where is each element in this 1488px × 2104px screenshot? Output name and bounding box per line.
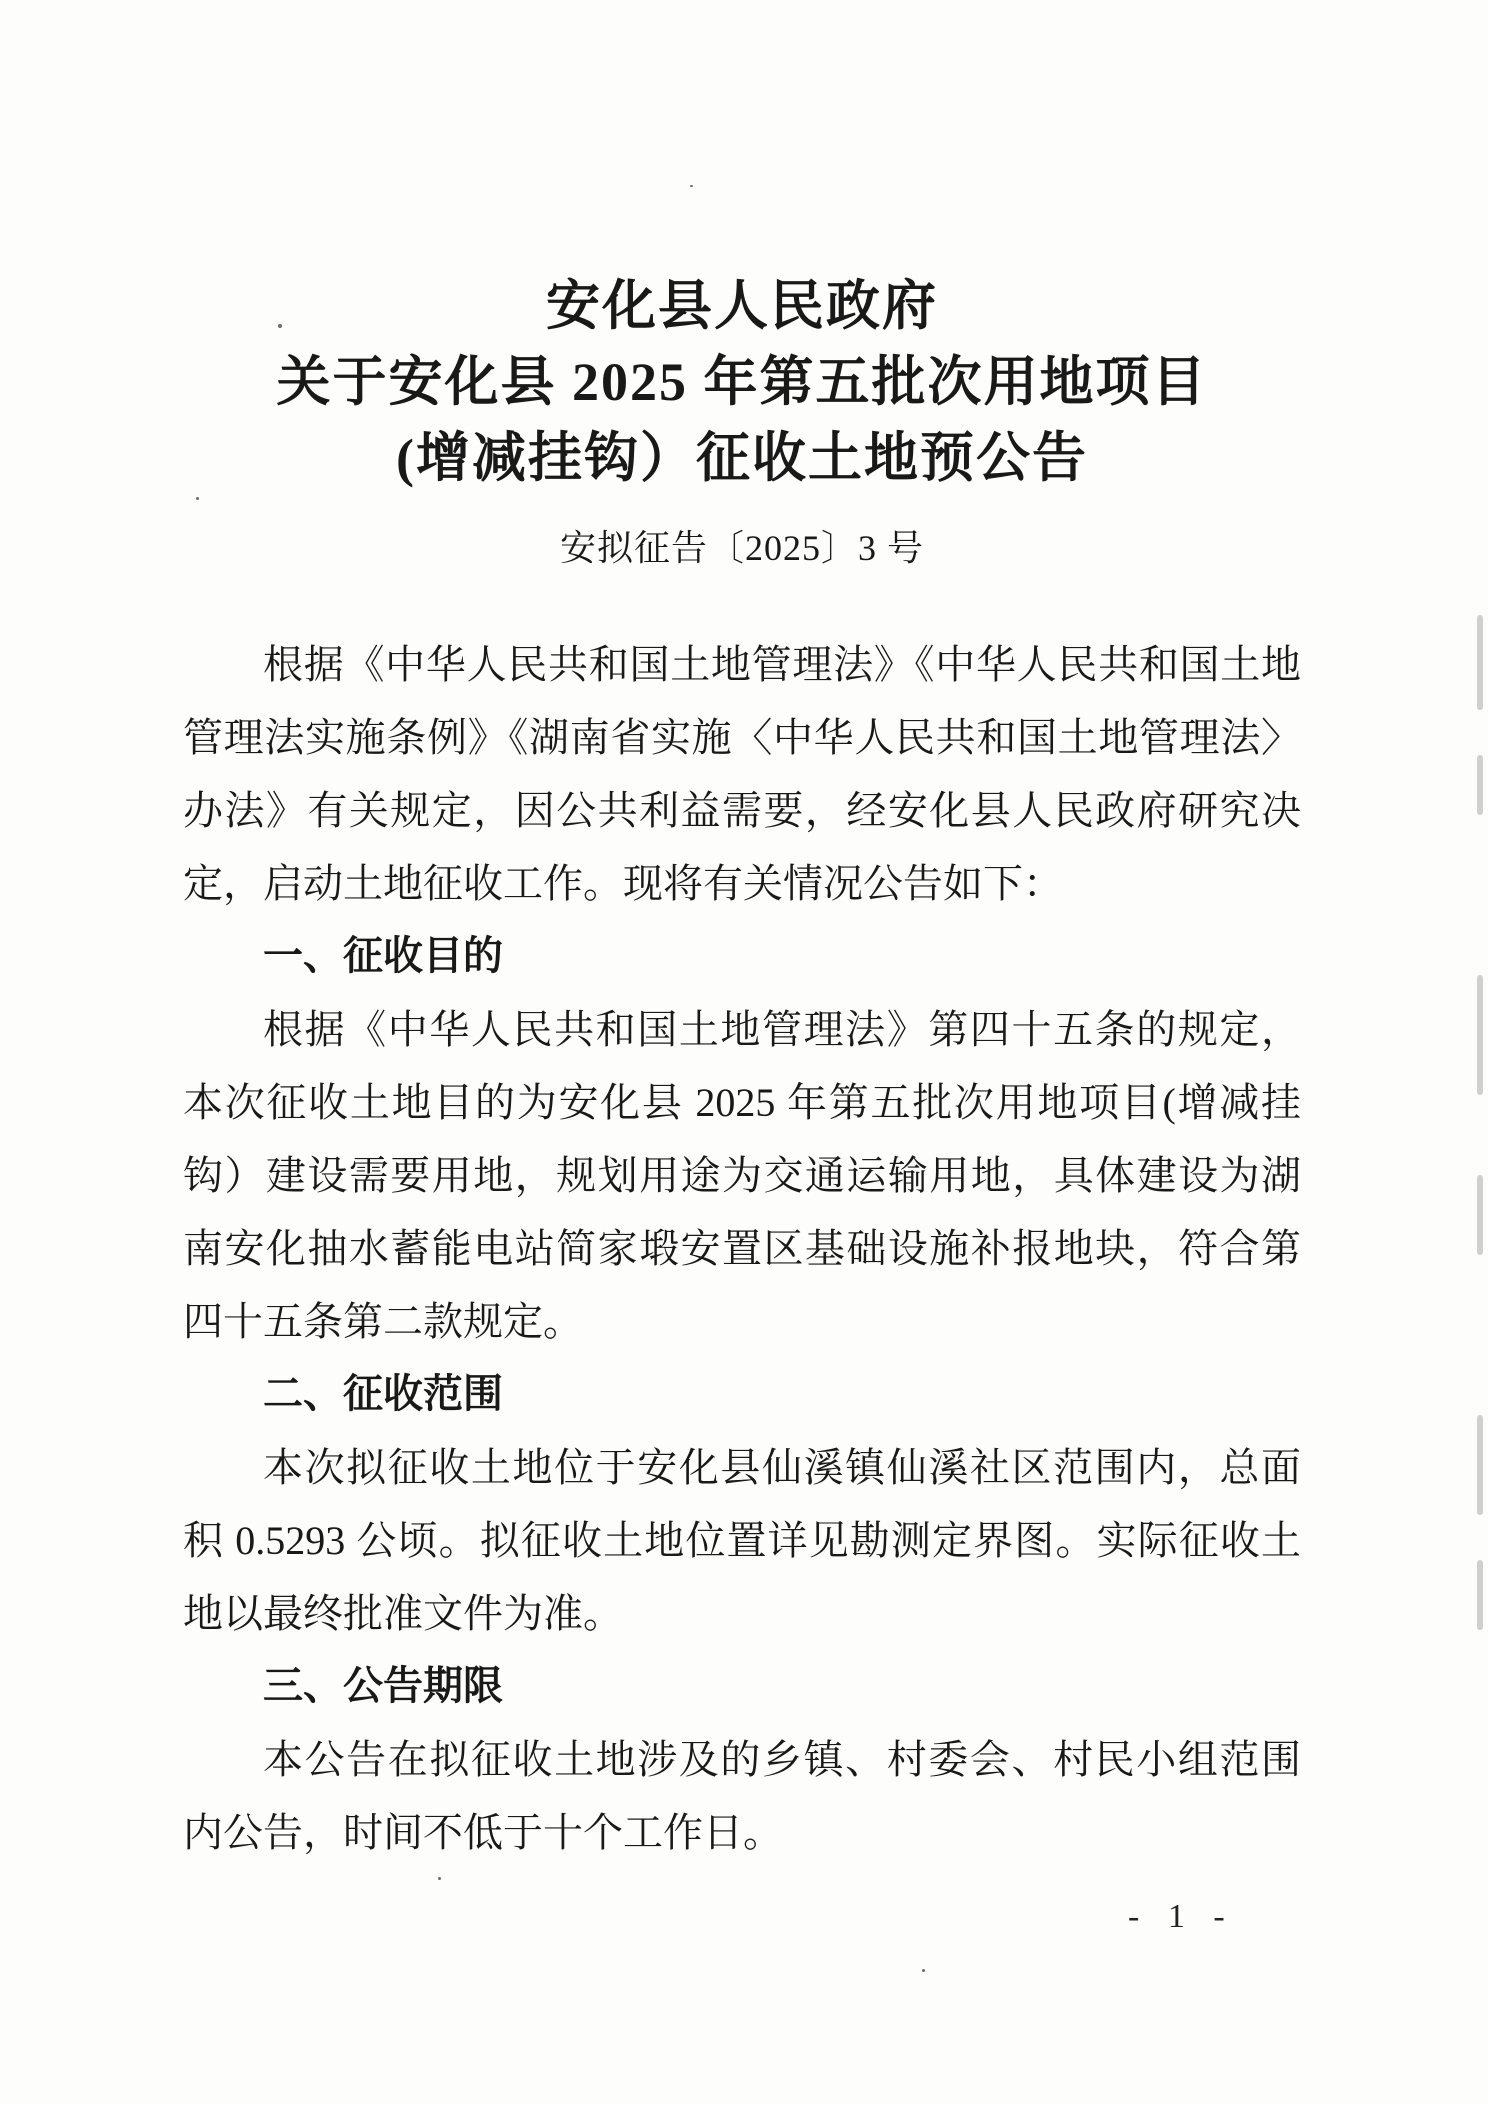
scan-speck [196,497,199,500]
section-3-heading: 三、公告期限 [183,1650,1301,1723]
document-title: 安化县人民政府 关于安化县 2025 年第五批次用地项目 (增减挂钩）征收土地预… [183,268,1301,496]
document-title-line3: (增减挂钩）征收土地预公告 [183,420,1301,496]
scan-speck [278,324,282,328]
page-number: - 1 - [1128,1898,1235,1936]
scan-edge-artifact [1477,1560,1483,1630]
section-3-paragraph: 本公告在拟征收土地涉及的乡镇、村委会、村民小组范围内公告，时间不低于十个工作日。 [183,1723,1301,1869]
document-title-line1: 安化县人民政府 [183,268,1301,344]
section-2-heading: 二、征收范围 [183,1358,1301,1431]
scan-edge-artifact [1477,975,1483,1095]
intro-paragraph: 根据《中华人民共和国土地管理法》《中华人民共和国土地管理法实施条例》《湖南省实施… [183,628,1301,920]
scan-speck [690,185,693,187]
document-number: 安拟征告〔2025〕3 号 [183,526,1301,570]
section-2-paragraph: 本次拟征收土地位于安化县仙溪镇仙溪社区范围内，总面积 0.5293 公顷。拟征收… [183,1431,1301,1650]
document-content: 安化县人民政府 关于安化县 2025 年第五批次用地项目 (增减挂钩）征收土地预… [183,268,1301,1869]
scanned-document-page: 安化县人民政府 关于安化县 2025 年第五批次用地项目 (增减挂钩）征收土地预… [0,0,1488,2104]
scan-edge-artifact [1477,1415,1483,1515]
scan-edge-artifact [1477,615,1483,710]
section-1-heading: 一、征收目的 [183,920,1301,993]
scan-edge-artifact [1477,755,1483,815]
document-title-line2: 关于安化县 2025 年第五批次用地项目 [183,344,1301,420]
scan-speck [438,1877,441,1880]
document-body: 根据《中华人民共和国土地管理法》《中华人民共和国土地管理法实施条例》《湖南省实施… [183,628,1301,1869]
section-1-paragraph: 根据《中华人民共和国土地管理法》第四十五条的规定，本次征收土地目的为安化县 20… [183,993,1301,1358]
scan-speck [922,1969,925,1972]
scan-edge-artifact [1477,1175,1483,1255]
